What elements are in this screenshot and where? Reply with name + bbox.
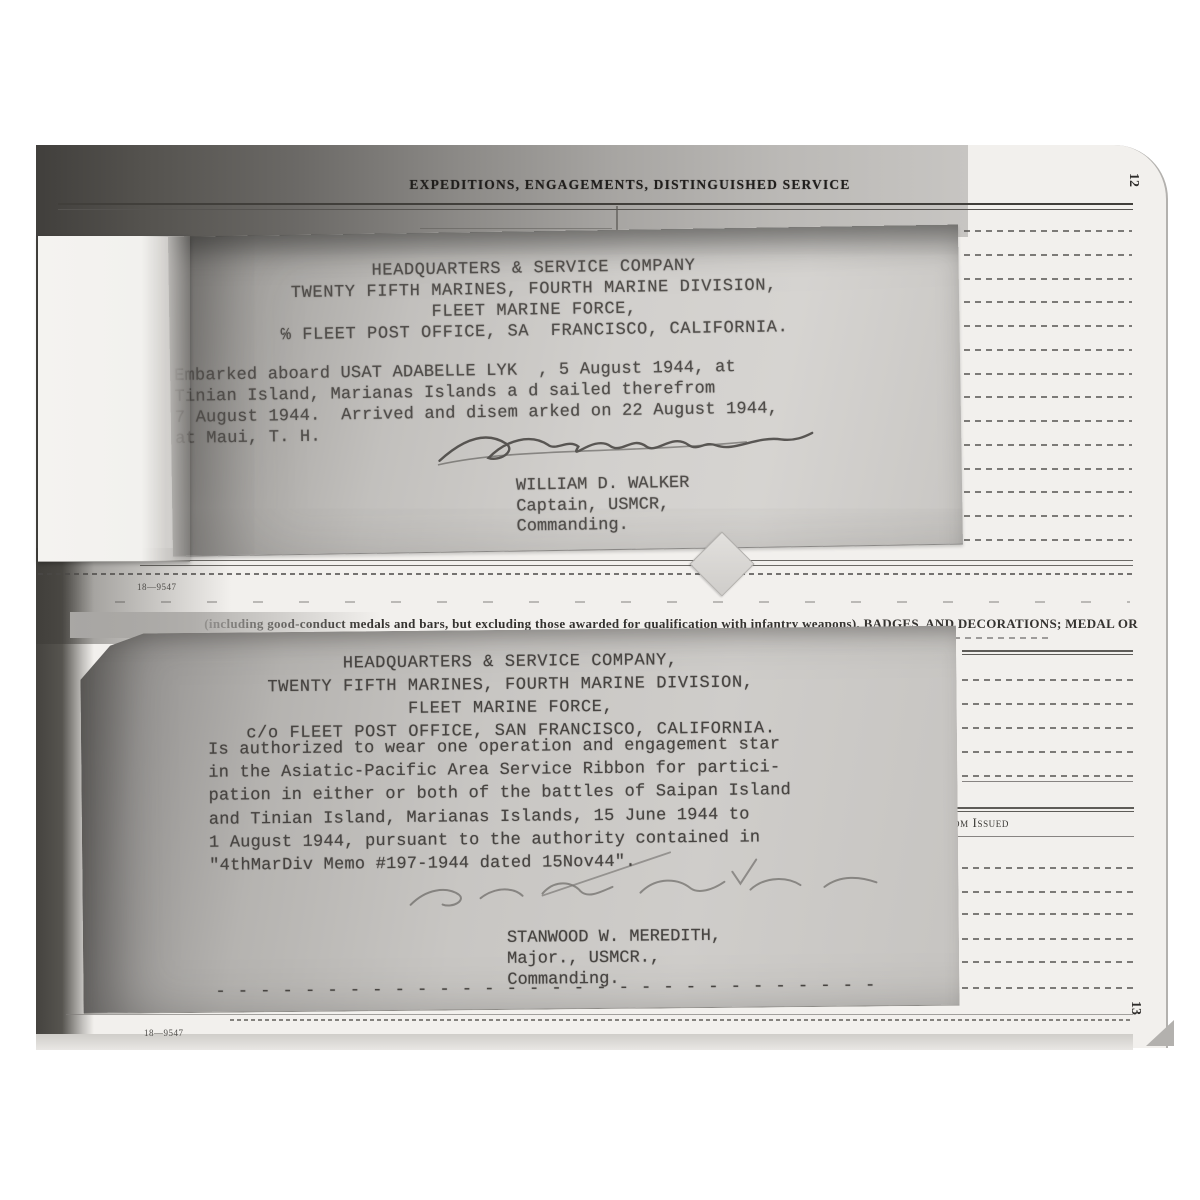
dashed-rule-line (964, 373, 1132, 375)
dashed-rule-line (964, 420, 1132, 422)
page-number-top: 12 (1125, 173, 1141, 187)
dashed-rule-line (962, 961, 1133, 963)
dashed-rule-line (964, 444, 1132, 446)
memo-slip-walker: HEADQUARTERS & SERVICE COMPANY TWENTY FI… (168, 225, 963, 557)
dashed-rule-line (964, 491, 1132, 493)
scanned-service-record-page: EXPEDITIONS, ENGAGEMENTS, DISTINGUISHED … (0, 0, 1200, 1200)
faint-rule-segment (420, 228, 612, 229)
memo2-heading: HEADQUARTERS & SERVICE COMPANY, TWENTY F… (80, 647, 941, 747)
memo1-signature-block: WILLIAM D. WALKER Captain, USMCR, Comman… (516, 474, 690, 538)
dashed-rule-line (964, 230, 1132, 232)
dashed-rule-line (962, 703, 1133, 705)
sheet-edge-dashed-line (38, 573, 1133, 575)
dashed-rule-line (962, 867, 1133, 869)
dashed-rule-line (962, 679, 1133, 681)
page-number-bottom: 13 (1127, 1001, 1143, 1015)
solid-rule-line (962, 781, 1133, 782)
memo1-signer-role: Commanding. (516, 515, 690, 538)
memo2-signer-name: STANWOOD W. MEREDITH, (507, 926, 721, 949)
page-title: EXPEDITIONS, ENGAGEMENTS, DISTINGUISHED … (380, 177, 880, 197)
dashed-rule-line (964, 254, 1132, 256)
dashed-rule-line (964, 349, 1132, 351)
dashed-rule-line (962, 891, 1133, 893)
dashed-rule-line (962, 938, 1133, 940)
page-bottom-edge (36, 1034, 1133, 1050)
sheet-edge-double-line (140, 560, 1133, 566)
solid-rule-line (938, 836, 1134, 837)
dashed-rule-line (964, 301, 1132, 303)
page-bottom-dashed-rule (230, 1019, 1133, 1021)
double-rule-line (962, 650, 1133, 655)
dashed-rule-line (964, 468, 1132, 470)
dashed-rule-line (962, 775, 1133, 777)
memo2-signer-rank: Major., USMCR., (507, 947, 721, 970)
dashed-rule-line (964, 278, 1132, 280)
dashed-rule-line (962, 727, 1133, 729)
header-double-rule (58, 203, 1133, 210)
faint-tick-row (115, 601, 1130, 603)
double-rule-line (938, 807, 1134, 812)
page-bottom-rule (66, 1014, 1133, 1015)
dashed-rule-line (962, 987, 1133, 989)
dashed-rule-line (964, 539, 1132, 541)
white-index-card (38, 236, 190, 562)
dashed-rule-line (962, 751, 1133, 753)
dashed-rule-line (964, 396, 1132, 398)
walker-handwritten-signature (436, 417, 817, 478)
dashed-rule-line (964, 515, 1132, 517)
memo2-typed-dashed-line: - - - - - - - - - - - - - - - - - - - - … (215, 976, 876, 1001)
dashed-rule-line (962, 913, 1133, 915)
dashed-rule-line (964, 325, 1132, 327)
memo1-signer-rank: Captain, USMCR, (516, 494, 690, 517)
memo-slip-meredith: HEADQUARTERS & SERVICE COMPANY, TWENTY F… (80, 626, 960, 1014)
form-number-lower: 18—9547 (144, 1028, 184, 1038)
form-number-upper: 18—9547 (137, 582, 177, 592)
column-divider-tick (616, 206, 618, 231)
memo1-heading: HEADQUARTERS & SERVICE COMPANY TWENTY FI… (168, 253, 899, 348)
memo1-signer-name: WILLIAM D. WALKER (516, 474, 690, 497)
meredith-handwritten-signature (402, 848, 913, 928)
